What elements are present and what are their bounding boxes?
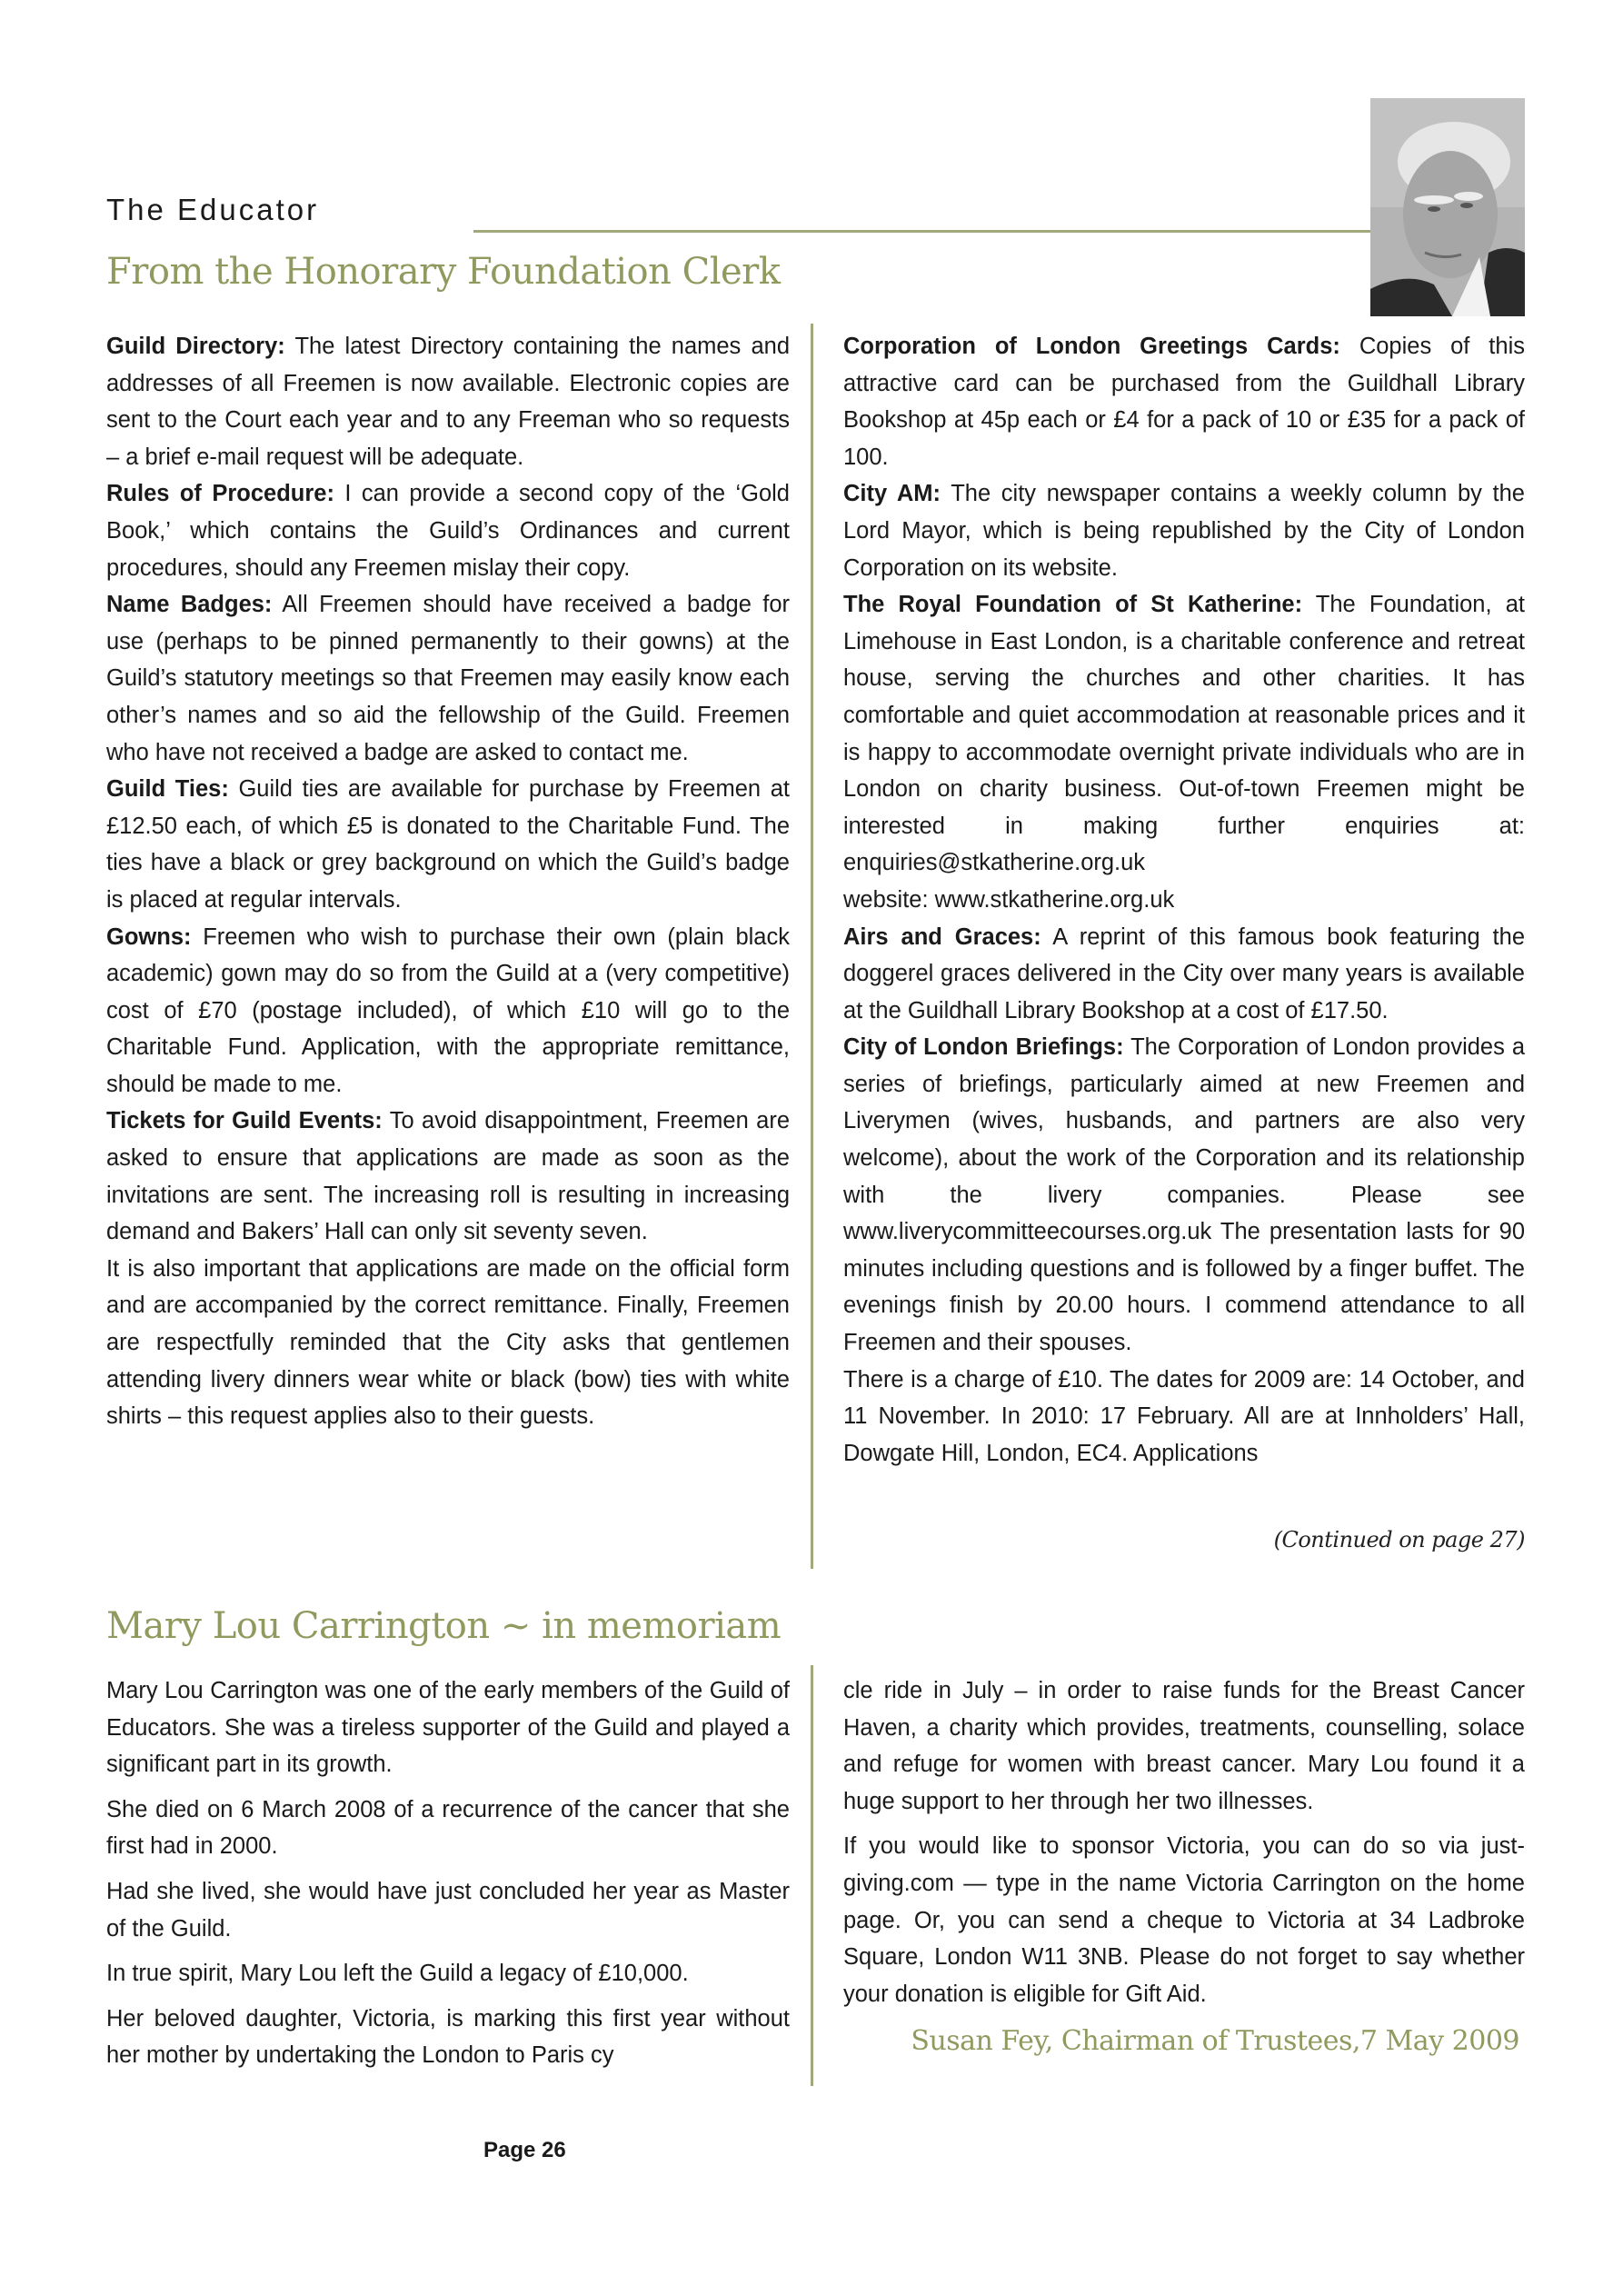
memoriam-paragraph: In true spirit, Mary Lou left the Guild … [106,1955,790,1992]
item-city-briefings: City of London Briefings: The Corporatio… [843,1029,1525,1361]
item-royal-foundation: The Royal Foundation of St Katherine: Th… [843,586,1525,882]
memoriam-paragraph: If you would like to sponsor Victoria, y… [843,1828,1525,2012]
page-number: Page 26 [483,2138,566,2163]
portrait-image-icon [1370,98,1525,316]
memoriam-right-column: cle ride in July – in order to raise fun… [843,1672,1525,2021]
header-rule [473,230,1374,233]
item-name-badges: Name Badges: All Freemen should have rec… [106,586,790,771]
continued-on-page-note: (Continued on page 27) [1274,1527,1525,1552]
memoriam-paragraph: Mary Lou Carrington was one of the early… [106,1672,790,1783]
item-website-link[interactable]: website: www.stkatherine.org.uk [843,882,1525,919]
item-guild-directory: Guild Directory: The latest Directory co… [106,328,790,475]
foundation-clerk-right-column: Corporation of London Greetings Cards: C… [843,328,1525,1472]
item-rules-of-procedure: Rules of Procedure: I can provide a seco… [106,475,790,586]
column-divider-top [811,324,813,1569]
column-divider-bottom [811,1665,813,2086]
item-greetings-cards: Corporation of London Greetings Cards: C… [843,328,1525,475]
item-guild-ties: Guild Ties: Guild ties are available for… [106,771,790,918]
foundation-clerk-left-column: Guild Directory: The latest Directory co… [106,328,790,1435]
publication-title: The Educator [106,193,319,227]
memoriam-paragraph: Had she lived, she would have just concl… [106,1873,790,1947]
memoriam-left-column: Mary Lou Carrington was one of the early… [106,1672,790,2082]
section-title-foundation-clerk: From the Honorary Foundation Clerk [106,251,781,293]
memoriam-paragraph: She died on 6 March 2008 of a recurrence… [106,1792,790,1865]
item-gowns: Gowns: Freemen who wish to purchase thei… [106,919,790,1103]
item-city-am: City AM: The city newspaper contains a w… [843,475,1525,586]
memoriam-paragraph: cle ride in July – in order to raise fun… [843,1672,1525,1820]
section-title-in-memoriam: Mary Lou Carrington ~ in memoriam [106,1605,781,1647]
item-briefing-charges: There is a charge of £10. The dates for … [843,1362,1525,1472]
memoriam-paragraph: Her beloved daughter, Victoria, is marki… [106,2001,790,2074]
item-tickets-for-guild-events: Tickets for Guild Events: To avoid disap… [106,1103,790,1250]
portrait-photo [1370,98,1525,316]
author-signature: Susan Fey, Chairman of Trustees,7 May 20… [911,2025,1519,2057]
item-airs-and-graces: Airs and Graces: A reprint of this famou… [843,919,1525,1030]
item-applications-note: It is also important that applications a… [106,1251,790,1435]
